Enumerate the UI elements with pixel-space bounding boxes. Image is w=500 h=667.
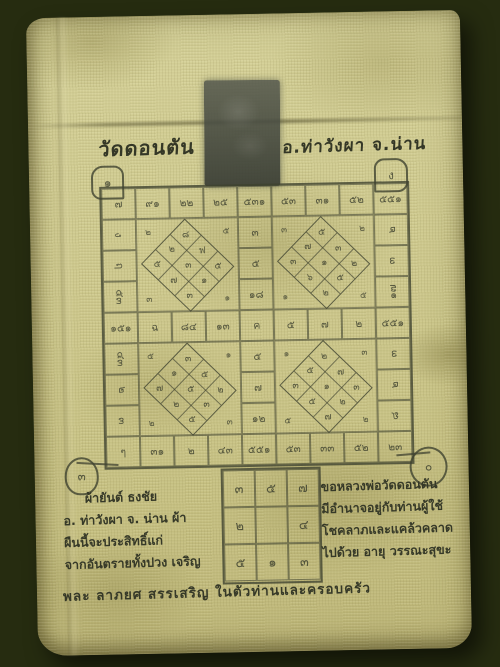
diamond-yantra-upper-left: ๘ฟ๕๒๓๑๕๗๓๒๕๓๑ (136, 217, 240, 312)
numeral-glyph: ๑๘ (249, 286, 264, 303)
numeral-glyph: ฉ (151, 319, 158, 336)
numeral-glyph: ฤ (111, 263, 128, 270)
diamond-cell-glyph: ๗ (304, 239, 311, 254)
yantra-cell: ๓ (105, 405, 140, 437)
numeral-glyph: ๑๗ (384, 284, 401, 299)
ink-stamp (204, 80, 281, 186)
yantra-cell: ๒ (374, 214, 409, 246)
yantra-cell: ๒๕ (203, 186, 238, 218)
numeral-glyph: ๕๕๑ (379, 190, 402, 207)
numeral-glyph: ๗ (298, 477, 308, 498)
diamond-cell-glyph: ๑ (323, 378, 329, 393)
numeral-glyph: ๒ (382, 226, 399, 233)
diamond-outline: ๒๗๓๕๑๒๓๕๗ (279, 339, 372, 432)
magic-square-grid: ๓๕๗๒๔๕๑๓ (221, 467, 323, 585)
diamond-cell-glyph: ๗ (156, 380, 163, 395)
diamond-corner-glyph: ๑ (224, 291, 230, 305)
numeral-glyph: ๗ (321, 315, 329, 332)
diamond-cell-glyph: ๒ (321, 348, 328, 363)
numeral-glyph: ๒ (188, 442, 195, 459)
numeral-glyph: ๑๓ (216, 317, 230, 334)
yantra-cell: ๓๑ (305, 184, 340, 216)
yantra-cell: ๑๓ (206, 310, 241, 342)
numeral-glyph: ๕ (252, 255, 260, 272)
diamond-cell-glyph: ๒ (168, 242, 175, 257)
numeral-glyph: ๓ (234, 478, 243, 499)
numeral-glyph: ๕ (266, 478, 276, 499)
yantra-cell: ๘๔ (172, 311, 207, 343)
diamond-cell-glyph: ๒ (351, 255, 358, 270)
magic-square-cell: ๒ (223, 507, 256, 545)
yantra-cell: ฤ (102, 250, 137, 282)
numeral-glyph: ๕๓ (281, 192, 296, 209)
diamond-corner-glyph: ๒ (363, 412, 369, 426)
yantra-cell: ๓ (376, 338, 411, 370)
diamond-cell-glyph: ๓ (353, 379, 360, 394)
diamond-cell-glyph: ๘ (182, 227, 190, 242)
yantra-cell: ๑๘ (239, 279, 274, 311)
yantra-cell: ๓๑ (140, 435, 175, 467)
diamond-corner-glyph: ๕ (222, 223, 229, 237)
numeral-glyph: ๕๕๑ (381, 314, 404, 331)
diamond-cell-glyph: ฟ (198, 242, 205, 257)
diamond-cell-glyph: ๓ (203, 397, 210, 412)
numeral-glyph: ๒๓ (388, 438, 402, 455)
numeral-glyph: ๑๒ (252, 410, 266, 427)
diamond-cell-glyph: ๒ (217, 382, 224, 397)
diamond-cell-glyph: ๕ (336, 270, 343, 285)
numeral-glyph: ๕๓ (112, 289, 129, 304)
yantra-cell: ๔๓ (208, 434, 243, 466)
diamond-cell-glyph: ๒ (322, 285, 329, 300)
numeral-glyph: ๒๕ (213, 193, 228, 210)
yantra-cell: ๘ (377, 400, 412, 432)
yantra-cell: ค (240, 310, 275, 342)
magic-square-cell: ๔ (287, 506, 320, 544)
yantra-cell: ๒ (105, 374, 140, 406)
numeral-glyph: ๓ (383, 257, 400, 265)
yantra-cell: ง (102, 219, 137, 251)
numeral-glyph: ง (111, 232, 128, 237)
yantra-cell: ๕๕๑ (373, 183, 408, 215)
numeral-glyph: ๓๑ (315, 191, 329, 208)
diamond-cell-glyph: ๕ (306, 363, 313, 378)
blessing-text-right: ขอหลวงพ่อวัดดอนตัน มีอำนาจอยู่กับท่านผู้… (320, 473, 454, 565)
blessing-text-left: ผ้ายันต์ ธงชัย อ. ท่าวังผา จ. น่าน ผ้า ผ… (63, 484, 201, 576)
magic-square-cell: ๑ (256, 543, 289, 581)
numeral-glyph: ๒๒ (179, 194, 193, 211)
numeral-glyph: ๔ (299, 514, 309, 535)
diamond-corner-glyph: ๑ (283, 346, 289, 360)
yantra-cell: ๕๓ (276, 433, 311, 465)
diamond-cell-glyph: ๓ (292, 378, 299, 393)
blessing-line: อ. ท่าวังผา จ. น่าน ผ้า (63, 506, 199, 532)
yantra-cell: ๓๓ (310, 432, 345, 464)
diamond-corner-glyph: ๓ (226, 414, 232, 428)
blessing-line: จากอันตรายทั้งปวง เจริญ (64, 550, 200, 576)
yantra-cell: ๓ (374, 245, 409, 277)
yantra-cell: ๕๓ (103, 281, 138, 313)
yantra-cell: ๒๓ (378, 431, 413, 463)
diamond-yantra-upper-right: ๕๓๒๗๑๕๓๖๒๓๒๑๕ (272, 215, 376, 310)
diamond-yantra-lower-right: ๒๗๓๕๑๒๓๕๗๑๓๕๒ (274, 339, 378, 434)
diamond-corner-glyph: ๓ (146, 292, 152, 306)
diamond-cell-glyph: ๒ (339, 394, 346, 409)
blessing-closing-line: พละ ลาภยศ สรรเสริญ ในตัวท่านและครอบครัว (63, 576, 372, 607)
diamond-cell-glyph: ๕ (308, 393, 315, 408)
diamond-yantra-lower-left: ๓๕๒๑๕๓๗๒๕๕๑๒๓ (138, 341, 242, 436)
numeral-glyph: ๕ (287, 316, 295, 333)
diamond-corner-glyph: ๓ (281, 222, 287, 236)
numeral-glyph: ๗ (254, 379, 262, 396)
yantra-cell: ๒ (342, 308, 377, 340)
diamond-corner-glyph: ๒ (149, 416, 155, 430)
numeral-glyph: ๗ (114, 195, 122, 212)
diamond-cell-glyph: ๓ (184, 257, 191, 272)
diamond-cell-glyph: ๓ (186, 287, 193, 302)
diamond-cell-glyph: ๑ (320, 254, 326, 269)
yantra-cloth: วัดดอนตัน อ.ท่าวังผา จ.น่าน ๑ ง ๓ ๐ ๗๙๑๒… (26, 10, 472, 656)
numeral-glyph: ๕๓ (286, 440, 301, 457)
diamond-corner-glyph: ๓ (361, 345, 367, 359)
unalome-glyph: ๓ (77, 467, 86, 486)
magic-square-cell: ๗ (287, 469, 320, 507)
yantra-cell: ๒ (174, 435, 209, 467)
numeral-glyph: ๕๕๑ (248, 441, 271, 458)
yantra-cell: ๕๒ (344, 432, 379, 464)
numeral-glyph: ๒ (385, 381, 402, 388)
diamond-cell-glyph: ๓ (185, 351, 192, 366)
numeral-glyph: ๑ (268, 552, 277, 573)
diamond-cell-glyph: ๕ (200, 366, 207, 381)
magic-square-cell: ๓ (223, 470, 256, 508)
numeral-glyph: ๓ (251, 224, 259, 241)
diamond-cell-glyph: ๖ (306, 269, 312, 284)
diamond-outline: ๕๓๒๗๑๕๓๖๒ (277, 215, 370, 308)
diamond-cell-glyph: ๑ (171, 366, 177, 381)
temple-name-text: วัดดอนตัน (97, 130, 195, 165)
diamond-corner-glyph: ๕ (147, 349, 154, 363)
diamond-cell-glyph: ๕ (186, 381, 193, 396)
yantra-cell: ๗ (308, 308, 343, 340)
yantra-cell: ๆ (106, 436, 141, 468)
diamond-corner-glyph: ๕ (360, 288, 367, 302)
yantra-cell: ๓ (238, 217, 273, 249)
diamond-cell-glyph: ๑ (201, 273, 207, 288)
numeral-glyph: ๑๕๑ (110, 319, 132, 336)
magic-square-cell: ๕ (224, 544, 257, 582)
diamond-corner-glyph: ๒ (145, 225, 151, 239)
yantra-cell: ๕ (238, 248, 273, 280)
yantra-cell: ๕๕๑ (242, 434, 277, 466)
yantra-cell: ๕ (274, 309, 309, 341)
numeral-glyph: ๒ (235, 515, 244, 536)
yantra-cell: ๑๒ (241, 403, 276, 435)
yantra-cell: ๔๓ (104, 343, 139, 375)
yantra-cell: ๕ (240, 341, 275, 373)
yantra-cell: ๕๓ (271, 185, 306, 217)
numeral-glyph: ๕๓๑ (243, 193, 265, 210)
numeral-glyph: ๘๔ (181, 318, 197, 335)
numeral-glyph: ๕๒ (354, 439, 369, 456)
yantra-cell: ๒ (377, 369, 412, 401)
numeral-glyph: ๕ (235, 552, 245, 573)
yantra-cell: ๗ (241, 372, 276, 404)
magic-square-cell: ๓ (288, 543, 321, 581)
numeral-glyph: ค (253, 317, 260, 334)
diamond-cell-glyph: ๗ (336, 364, 343, 379)
yantra-cell: ๑๕๑ (104, 312, 139, 344)
diamond-corner-glyph: ๕ (284, 413, 291, 427)
diamond-corner-glyph: ๑ (282, 289, 288, 303)
diamond-cell-glyph: ๗ (324, 409, 331, 424)
numeral-glyph: ๆ (120, 443, 126, 460)
diamond-outline: ๓๕๒๑๕๓๗๒๕ (143, 342, 236, 435)
diamond-cell-glyph: ๓ (334, 240, 341, 255)
numeral-glyph: ๓๓ (320, 439, 335, 456)
yantra-cell: ๕๓๑ (237, 186, 272, 218)
diamond-cell-glyph: ๕ (188, 411, 195, 426)
yantra-cell: ๙๑ (135, 188, 170, 220)
diamond-cell-glyph: ๕ (214, 258, 221, 273)
yantra-cell: ๗ (101, 188, 136, 220)
yantra-cell: ๒๒ (169, 187, 204, 219)
diamond-corner-glyph: ๑ (225, 347, 231, 361)
numeral-glyph: ๒ (355, 315, 362, 332)
yantra-cell: ฉ (138, 311, 173, 343)
magic-square-cell (255, 506, 288, 544)
numeral-glyph: ๓ (385, 350, 402, 358)
yantra-cell: ๕๒ (339, 184, 374, 216)
yantra-cell: ๕๕๑ (376, 307, 411, 339)
numeral-glyph: ๕๒ (349, 191, 364, 208)
temple-location-text: อ.ท่าวังผา จ.น่าน (282, 130, 428, 161)
diamond-cell-glyph: ๕ (318, 224, 325, 239)
diamond-cell-glyph: ๗ (170, 272, 177, 287)
numeral-glyph: ๓ (114, 417, 131, 425)
diamond-cell-glyph: ๓ (290, 254, 297, 269)
numeral-glyph: ๒ (113, 386, 130, 393)
yantra-cell: ๑๗ (375, 276, 410, 308)
photo-background: วัดดอนตัน อ.ท่าวังผา จ.น่าน ๑ ง ๓ ๐ ๗๙๑๒… (0, 0, 500, 667)
magic-square-cell: ๕ (255, 469, 288, 507)
diamond-cell-glyph: ๕ (154, 256, 161, 271)
diamond-cell-glyph: ๒ (173, 396, 180, 411)
diamond-outline: ๘ฟ๕๒๓๑๕๗๓ (141, 218, 234, 311)
blessing-line: ไปด้วย อายุ วรรณะสุขะ (322, 539, 454, 565)
numeral-glyph: ๙๑ (145, 195, 160, 212)
numeral-glyph: ๓๑ (150, 443, 164, 460)
numeral-glyph: ๘ (386, 412, 403, 420)
yantra-grid: ๗๙๑๒๒๒๕๕๓๑๕๓๓๑๕๒๕๕๑๑๕๑ฉ๘๔๑๓ค๕๗๒๕๕๑ๆ๓๑๒๔๓… (99, 181, 414, 470)
numeral-glyph: ๓ (300, 551, 309, 572)
diamond-corner-glyph: ๒ (359, 221, 365, 235)
numeral-glyph: ๕ (253, 348, 261, 365)
numeral-glyph: ๔๓ (113, 351, 130, 366)
numeral-glyph: ๔๓ (218, 441, 233, 458)
